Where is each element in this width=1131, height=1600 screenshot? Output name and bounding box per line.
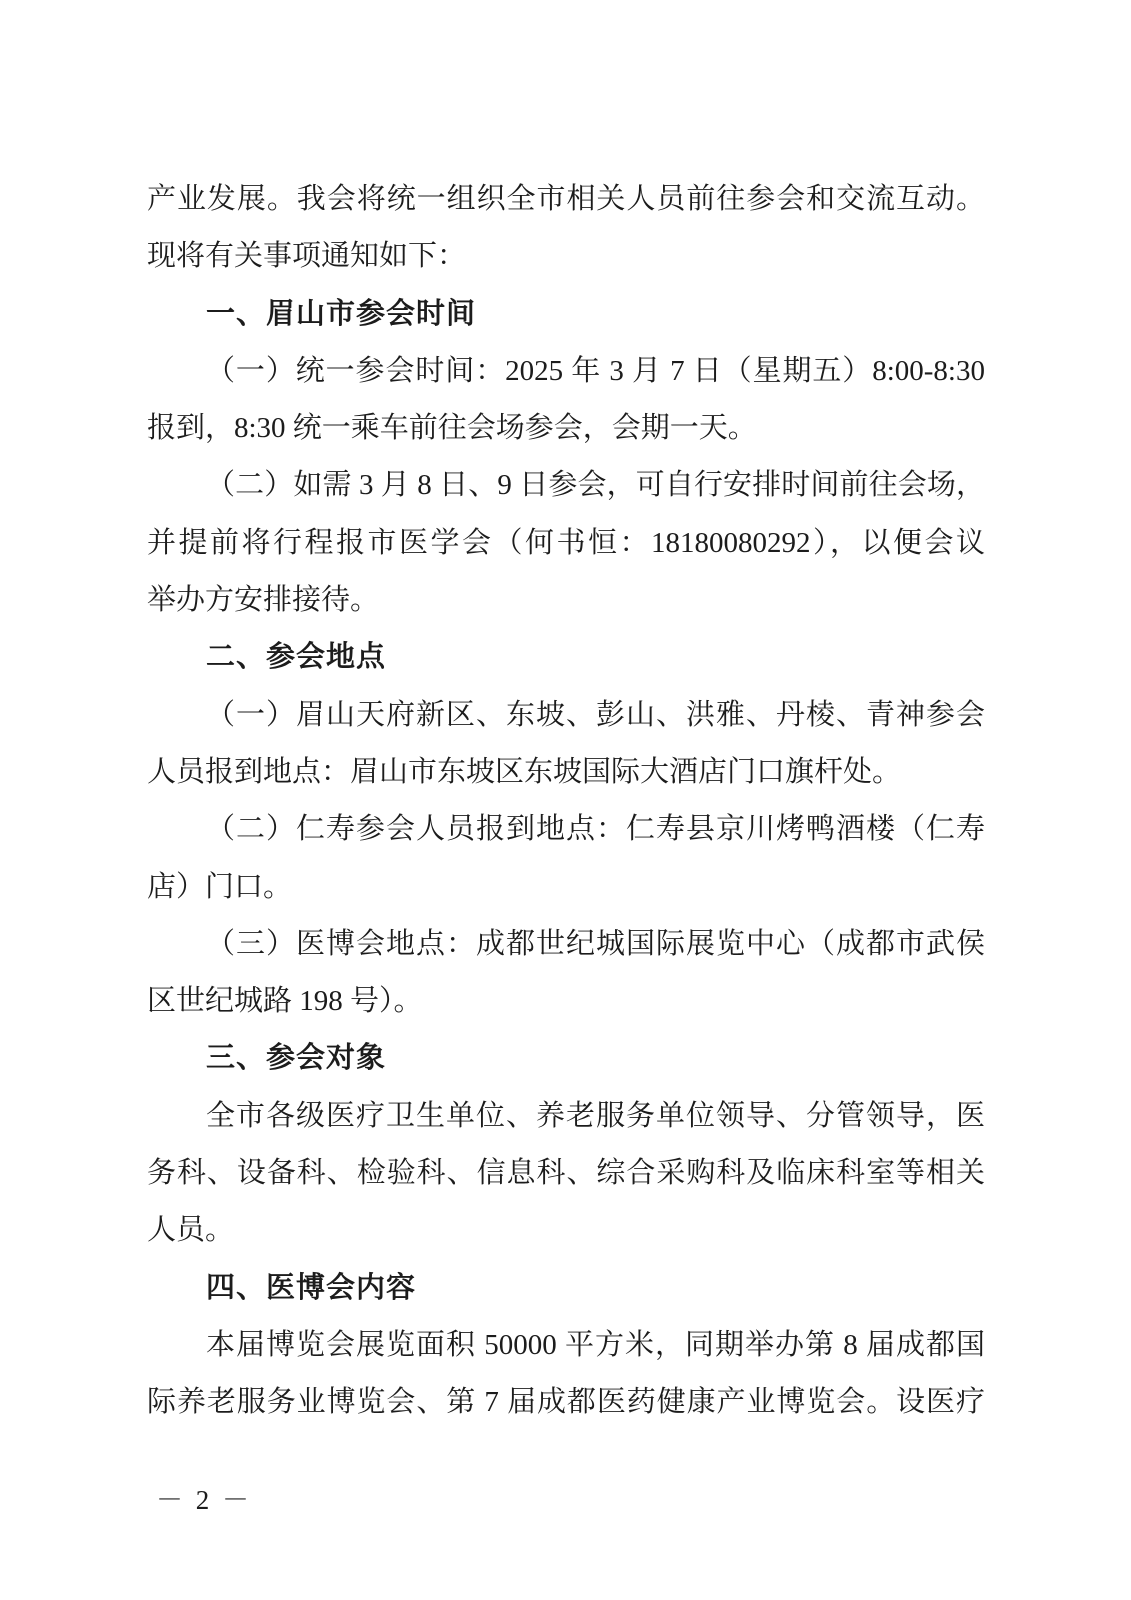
paragraph-line: 现将有关事项通知如下： [147,228,985,285]
paragraph-line: 际养老服务业博览会、第 7 届成都医药健康产业博览会。设医疗 [147,1374,985,1431]
paragraph-line: 全市各级医疗卫生单位、养老服务单位领导、分管领导，医 [147,1088,985,1145]
section-heading: 一、眉山市参会时间 [147,286,985,343]
paragraph-line: 本届博览会展览面积 50000 平方米，同期举办第 8 届成都国 [147,1317,985,1374]
document-page: 产业发展。我会将统一组织全市相关人员前往参会和交流互动。 现将有关事项通知如下：… [0,0,1131,1600]
paragraph-line: （三）医博会地点：成都世纪城国际展览中心（成都市武侯 [147,916,985,973]
paragraph-line: 产业发展。我会将统一组织全市相关人员前往参会和交流互动。 [147,171,985,228]
section-heading: 三、参会对象 [147,1030,985,1087]
section-heading: 四、医博会内容 [147,1260,985,1317]
paragraph-line: 人员。 [147,1202,985,1259]
paragraph-line: （二）仁寿参会人员报到地点：仁寿县京川烤鸭酒楼（仁寿 [147,801,985,858]
paragraph-line: 务科、设备科、检验科、信息科、综合采购科及临床科室等相关 [147,1145,985,1202]
paragraph-line: 举办方安排接待。 [147,572,985,629]
paragraph-line: 店）门口。 [147,859,985,916]
paragraph-line: 并提前将行程报市医学会（何书恒：18180080292），以便会议 [147,515,985,572]
section-heading: 二、参会地点 [147,629,985,686]
paragraph-line: 报到，8:30 统一乘车前往会场参会，会期一天。 [147,400,985,457]
paragraph-line: 区世纪城路 198 号）。 [147,973,985,1030]
paragraph-line: （一）统一参会时间：2025 年 3 月 7 日（星期五）8:00-8:30 [147,343,985,400]
paragraph-line: （二）如需 3 月 8 日、9 日参会，可自行安排时间前往会场， [147,457,985,514]
page-number: － 2 － [156,1478,252,1517]
paragraph-line: 人员报到地点：眉山市东坡区东坡国际大酒店门口旗杆处。 [147,744,985,801]
paragraph-line: （一）眉山天府新区、东坡、彭山、洪雅、丹棱、青神参会 [147,687,985,744]
document-body: 产业发展。我会将统一组织全市相关人员前往参会和交流互动。 现将有关事项通知如下：… [147,171,985,1432]
